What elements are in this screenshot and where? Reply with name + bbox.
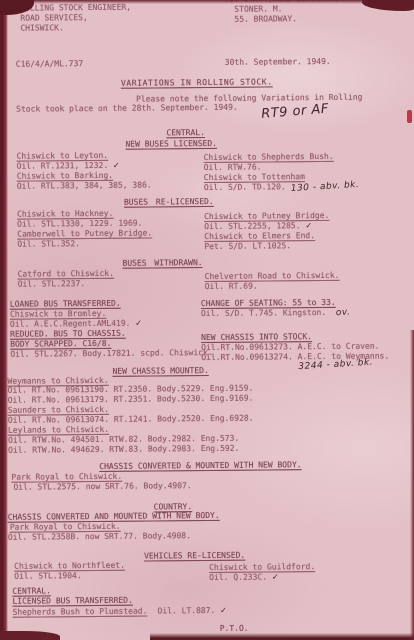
handwritten-tick: ✓ bbox=[135, 319, 142, 328]
section-heading-change-of-seating: CHANGE OF SEATING: 55 to 33. bbox=[201, 298, 336, 308]
route-entry: Catford to Chiswick. bbox=[18, 269, 114, 279]
handwritten-note-ov: ov. bbox=[336, 308, 351, 318]
section-subheading-body-scrapped: BODY SCRAPPED. C16/8. bbox=[10, 339, 111, 349]
section-heading-country: COUNTRY. bbox=[154, 502, 193, 511]
route-entry: Chiswick to Leyton. bbox=[17, 151, 109, 161]
section-heading-reduced-to-chassis: REDUCED. BUS TO CHASSIS. bbox=[10, 329, 126, 339]
from-address-line: CHISWICK. bbox=[20, 23, 63, 32]
reference-number: C16/4/A/ML.737 bbox=[16, 59, 84, 69]
handwritten-tick: ✓ bbox=[220, 606, 227, 615]
route-entry: Chiswick to Guildford. bbox=[209, 562, 315, 572]
vehicle-detail: Oil.RT.No.09613273. A.E.C. to Craven. bbox=[201, 341, 379, 352]
route-entry: Chiswick to Bromley. bbox=[10, 309, 106, 319]
to-address-line: 55. BROADWAY. bbox=[234, 14, 297, 24]
section-heading-chassis-converted-central: CHASSIS CONVERTED & MOUNTED WITH NEW BOD… bbox=[99, 460, 301, 471]
vehicle-detail: Oil. RT.No. 09613179. RT.2351. Body.5230… bbox=[8, 394, 254, 405]
vehicle-detail: Oil. S/D. T.745. Kingston. ov. bbox=[201, 308, 350, 319]
route-entry: Chiswick to Northfleet. bbox=[14, 561, 125, 571]
vehicle-detail: Oil. RTW.No. 494629. RTW.83. Body.2983. … bbox=[8, 444, 239, 455]
section-heading-new-buses-licensed: NEW BUSES LICENSED. bbox=[125, 139, 217, 149]
document-content: ROLLING STOCK ENGINEER, ROAD SERVICES, C… bbox=[0, 0, 414, 640]
route-entry: Chiswick to Shepherds Bush. bbox=[204, 152, 334, 162]
handwritten-tick: ✓ bbox=[272, 572, 279, 581]
red-pen-mark bbox=[407, 110, 412, 123]
vehicle-detail: Oil. RT.No. 09613074. RT.1241. Body.2520… bbox=[8, 414, 254, 425]
route-entry: Chelverton Road to Chiswick. bbox=[205, 271, 340, 281]
route-entry: Chiswick to Elmers End. bbox=[204, 231, 315, 241]
vehicle-detail: Oil. STL.1904. bbox=[14, 571, 82, 581]
route-entry: Chiswick to Hackney. bbox=[17, 209, 113, 219]
vehicle-detail: Oil. LT.887. ✓ bbox=[157, 606, 226, 616]
handwritten-note-td130: 130 - abv. bk. bbox=[290, 181, 359, 194]
vehicle-detail: Oil. STL.352. bbox=[17, 239, 80, 249]
handwritten-tick: ✓ bbox=[305, 221, 312, 230]
route-entry: Chiswick to Barking. bbox=[17, 171, 113, 181]
scan-edge-right bbox=[410, 330, 414, 640]
document-date: 30th. September. 1949. bbox=[225, 57, 331, 67]
vehicle-detail: Oil. STL.2255, 1285. ✓ bbox=[204, 221, 312, 231]
handwritten-note-rt9: RT9 or AF bbox=[261, 105, 329, 119]
vehicle-detail: Oil. RTW.76. bbox=[204, 163, 262, 173]
section-heading-buses-relicensed: BUSES RE-LICENSED. bbox=[124, 197, 214, 207]
section-heading-chassis-converted-country: CHASSIS CONVERTED AND MOUNTED WITH NEW B… bbox=[8, 511, 220, 522]
route-entry: Chiswick to Putney Bridge. bbox=[204, 211, 329, 221]
vehicle-detail: Oil. STL.2237. bbox=[18, 279, 86, 289]
pto-label: P.T.O. bbox=[220, 624, 249, 633]
vehicle-detail: Oil. STL.2575. now SRT.76. Body.4907. bbox=[13, 481, 191, 492]
scan-edge-top bbox=[0, 0, 414, 4]
vehicle-detail: Oil. A.E.C.Regent.AML419. ✓ bbox=[10, 319, 142, 329]
from-address-line: ROLLING STOCK ENGINEER, bbox=[20, 3, 131, 13]
section-heading-licensed-bus-transferred: LICENSED BUS TRANSFERRED. bbox=[12, 596, 132, 606]
vehicle-detail: Oil. RT.1231, 1232. ✓ bbox=[17, 161, 120, 171]
from-address-line: ROAD SERVICES, bbox=[20, 13, 88, 23]
route-entry: Camberwell to Putney Bridge. bbox=[17, 228, 152, 238]
scan-edge-left bbox=[0, 0, 8, 640]
handwritten-tick: ✓ bbox=[113, 161, 120, 170]
vehicle-detail: Oil. RTL.383, 384, 385, 386. bbox=[17, 180, 152, 190]
route-entry: Saunders to Chiswick. bbox=[8, 405, 109, 415]
route-entry: Park Royal to Chiswick. bbox=[10, 522, 121, 532]
route-entry: Park Royal to Chiswick. bbox=[11, 472, 122, 482]
vehicle-detail: Oil. STL.1330, 1229. 1969. bbox=[17, 219, 142, 229]
scanned-document-photo: ROLLING STOCK ENGINEER, ROAD SERVICES, C… bbox=[0, 0, 414, 640]
section-heading-central: CENTRAL. bbox=[166, 128, 205, 137]
scan-corner-bottom-left bbox=[0, 631, 60, 640]
section-heading-vehicles-relicensed: VEHICLES RE-LICENSED. bbox=[144, 551, 245, 561]
vehicle-detail: Oil. Q.233C. ✓ bbox=[209, 572, 278, 582]
vehicle-detail: Oil. STL.2267. Body.17821. scpd. Chiswic… bbox=[10, 348, 212, 359]
vehicle-detail: Pet. S/D. LT.1025. bbox=[204, 241, 291, 251]
scan-edge-bottom bbox=[150, 633, 414, 640]
to-address-line: STONER. M. bbox=[234, 4, 282, 13]
route-entry: Shepherds Bush to Plumstead. bbox=[13, 607, 148, 617]
vehicle-detail: Oil. STL.2358B. now SRT.77. Body.4908. bbox=[8, 531, 191, 542]
route-entry: Chiswick to Tottenham bbox=[204, 172, 305, 182]
intro-text-line: Stock took place on the 28th. September.… bbox=[16, 103, 238, 114]
route-entry: Leylands to Chiswick. bbox=[8, 425, 109, 435]
section-heading-central-2: CENTRAL. bbox=[12, 586, 51, 595]
section-heading-new-chassis-mounted: NEW CHASSIS MOUNTED. bbox=[112, 366, 208, 376]
handwritten-note-chassis: 3244 - abv. bk. bbox=[298, 359, 373, 373]
document-paper: ROLLING STOCK ENGINEER, ROAD SERVICES, C… bbox=[0, 0, 414, 640]
section-heading-new-chassis-into-stock: NEW CHASSIS INTO STOCK. bbox=[201, 332, 312, 342]
section-heading-buses-withdrawn: BUSES WITHDRAWN. bbox=[122, 258, 202, 268]
section-heading-loaned-bus: LOANED BUS TRANSFERRED. bbox=[10, 299, 121, 309]
vehicle-detail: Oil. S/D. TD.120. 130 - abv. bk. bbox=[204, 182, 359, 193]
document-title: VARIATIONS IN ROLLING STOCK. bbox=[121, 77, 273, 87]
vehicle-detail: Oil. RT.69. bbox=[205, 282, 258, 291]
